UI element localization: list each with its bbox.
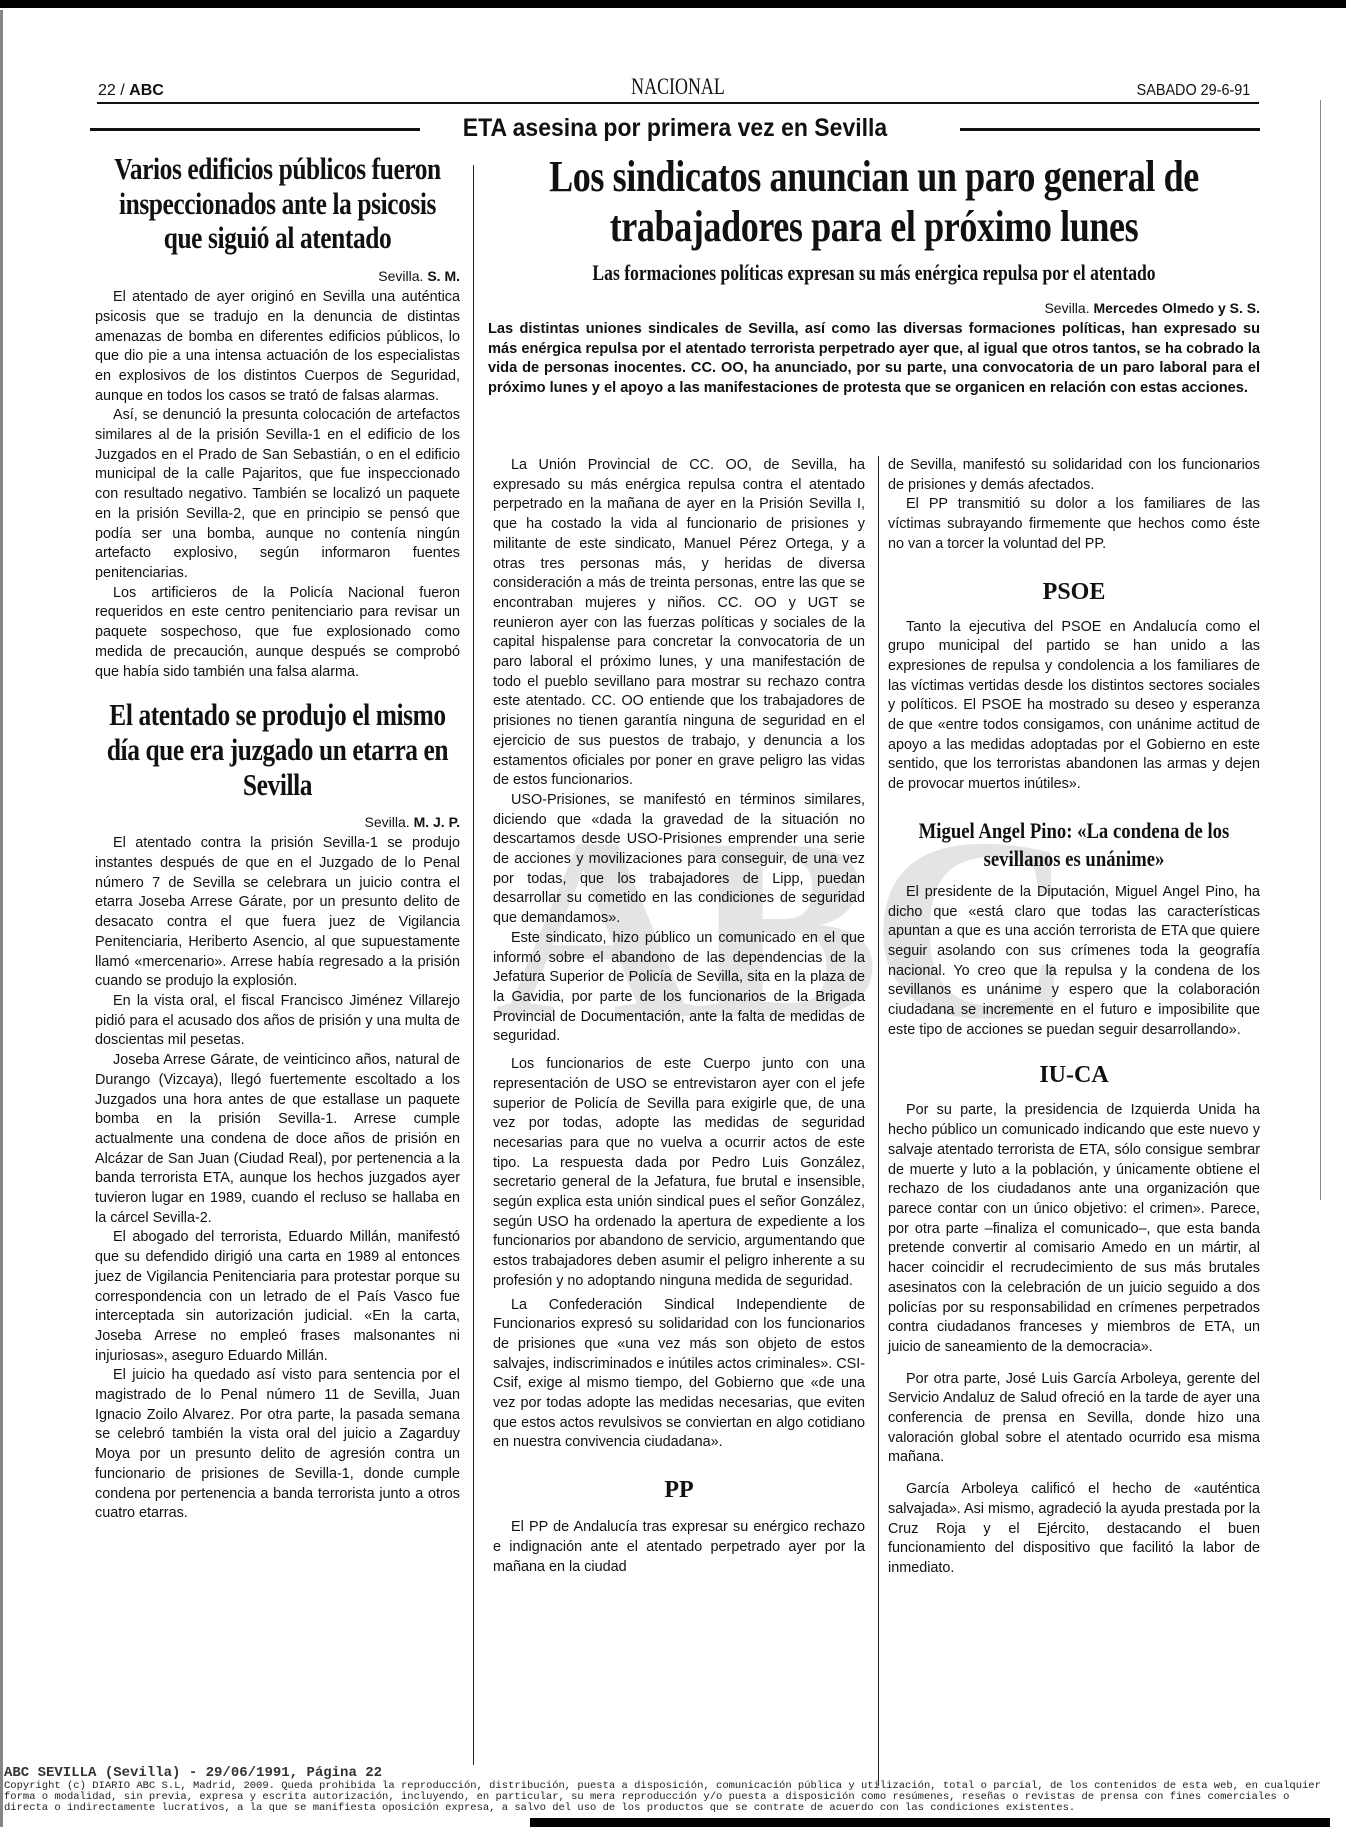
main-column-2: de Sevilla, manifestó su solidaridad con…: [888, 456, 1260, 1579]
pino-paragraph: El presidente de la Diputación, Miguel A…: [888, 883, 1260, 1041]
iu-paragraph: Por su parte, la presidencia de Izquierd…: [888, 1101, 1260, 1357]
archive-footer: ABC SEVILLA (Sevilla) - 29/06/1991, Pági…: [4, 1765, 1324, 1814]
article1-byline: Sevilla. S. M.: [95, 268, 460, 284]
article1-headline: Varios edificios públicos fueron inspecc…: [103, 152, 452, 256]
folio-rule: [97, 102, 1259, 104]
article1-paragraph: Los artificieros de la Policía Nacional …: [95, 584, 460, 683]
pp-paragraph: El PP de Andalucía tras expresar su enér…: [493, 1518, 865, 1577]
pino-heading: Miguel Angel Pino: «La condena de los se…: [899, 817, 1249, 873]
main-article-header: Los sindicatos anuncian un paro general …: [488, 152, 1260, 398]
iu-paragraph: García Arboleya calificó el hecho de «au…: [888, 1480, 1260, 1579]
page-number: 22: [98, 82, 116, 99]
main-paragraph: La Unión Provincial de CC. OO, de Sevill…: [493, 456, 865, 791]
main-paragraph: USO-Prisiones, se manifestó en términos …: [493, 791, 865, 929]
article2-byline: Sevilla. M. J. P.: [95, 814, 460, 830]
psoe-paragraph: Tanto la ejecutiva del PSOE en Andalucía…: [888, 618, 1260, 795]
article2-paragraph: En la vista oral, el fiscal Francisco Ji…: [95, 992, 460, 1051]
main-subheadline: Las formaciones políticas expresan su má…: [501, 260, 1247, 286]
main-lead: Las distintas uniones sindicales de Sevi…: [488, 320, 1260, 398]
copyright-notice: Copyright (c) DIARIO ABC S.L, Madrid, 20…: [4, 1781, 1324, 1814]
main-paragraph: Este sindicato, hizo público un comunica…: [493, 929, 865, 1047]
issue-date: SABADO 29-6-91: [1136, 82, 1250, 100]
archive-source: ABC SEVILLA (Sevilla) - 29/06/1991, Pági…: [4, 1765, 1324, 1781]
scan-bottom-border: [530, 1818, 1330, 1827]
main-paragraph: Los funcionarios de este Cuerpo junto co…: [493, 1055, 865, 1291]
article2-paragraph: El juicio ha quedado así visto para sent…: [95, 1366, 460, 1524]
pp-paragraph: de Sevilla, manifestó su solidaridad con…: [888, 456, 1260, 495]
section-kicker: ETA asesina por primera vez en Sevilla: [90, 114, 1260, 144]
article2-headline: El atentado se produjo el mismo día que …: [103, 698, 452, 802]
kicker-text: ETA asesina por primera vez en Sevilla: [137, 114, 1213, 143]
iu-heading: IU-CA: [888, 1062, 1260, 1089]
main-paragraph: La Confederación Sindical Independiente …: [493, 1296, 865, 1454]
column-rule: [473, 165, 474, 1765]
main-byline: Sevilla. Mercedes Olmedo y S. S.: [488, 300, 1260, 316]
page-folio: 22 / ABC NACIONAL SABADO 29-6-91: [98, 80, 1258, 102]
paper-name: ABC: [129, 82, 164, 99]
pp-paragraph: El PP transmitió su dolor a los familiar…: [888, 495, 1260, 554]
column-rule: [878, 456, 879, 1786]
article1-paragraph: El atentado de ayer originó en Sevilla u…: [95, 288, 460, 406]
iu-paragraph: Por otra parte, José Luis García Arboley…: [888, 1370, 1260, 1469]
psoe-heading: PSOE: [888, 579, 1260, 606]
section-title: NACIONAL: [226, 74, 1131, 100]
scan-left-edge: [0, 10, 3, 1827]
main-headline: Los sindicatos anuncian un paro general …: [492, 152, 1256, 252]
main-column-1: La Unión Provincial de CC. OO, de Sevill…: [493, 456, 865, 1577]
article2-paragraph: El atentado contra la prisión Sevilla-1 …: [95, 834, 460, 992]
scan-right-rule: [1320, 100, 1321, 1200]
article2-paragraph: Joseba Arrese Gárate, de veinticinco año…: [95, 1051, 460, 1228]
lead-paragraph: Las distintas uniones sindicales de Sevi…: [488, 320, 1260, 398]
pp-heading: PP: [493, 1477, 865, 1504]
article1-paragraph: Así, se denunció la presunta colocación …: [95, 406, 460, 583]
page-number-label: 22 / ABC: [98, 82, 164, 100]
left-column: Varios edificios públicos fueron inspecc…: [95, 152, 460, 1524]
scan-top-border: [0, 0, 1346, 8]
article2-paragraph: El abogado del terrorista, Eduardo Millá…: [95, 1228, 460, 1366]
